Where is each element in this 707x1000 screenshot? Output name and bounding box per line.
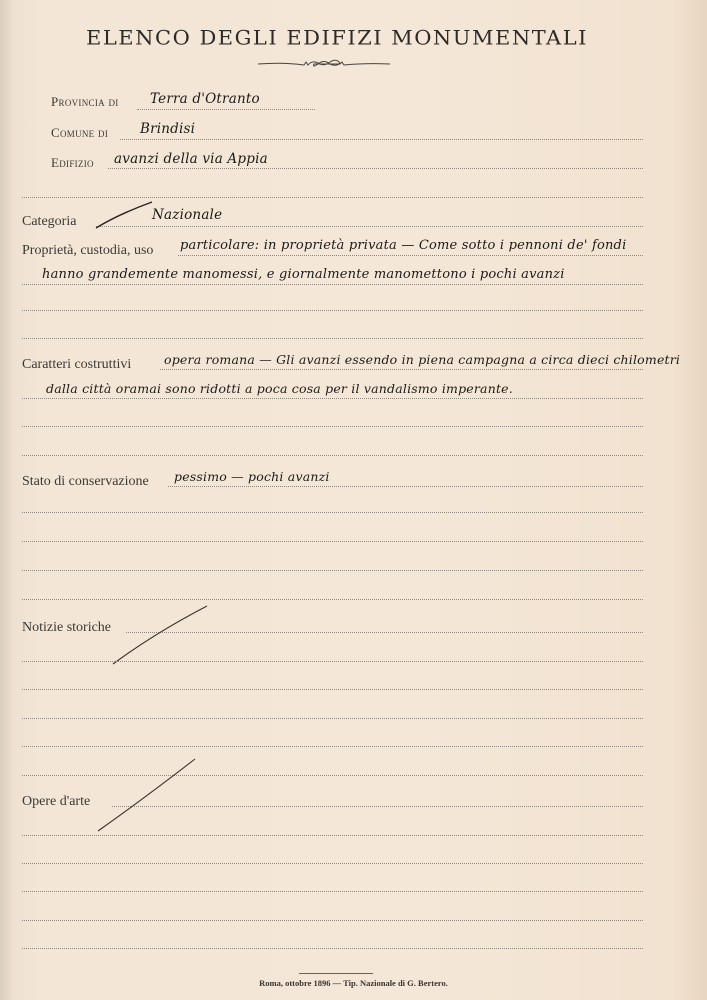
blank-line <box>22 570 643 571</box>
ornament-divider-icon <box>254 56 394 70</box>
blank-line <box>22 948 643 949</box>
proprieta-value-line-2[interactable]: hanno grandemente manomessi, e giornalme… <box>42 267 565 282</box>
blank-line <box>22 746 643 747</box>
provincia-label: Provincia di <box>51 94 119 110</box>
blank-line <box>22 455 643 456</box>
provincia-line <box>137 109 315 110</box>
proprieta-line-2 <box>22 284 643 285</box>
opere-label: Opere d'arte <box>22 794 90 810</box>
blank-line <box>22 891 643 892</box>
categoria-value[interactable]: Nazionale <box>152 207 222 223</box>
blank-line <box>22 599 643 600</box>
strikethrough-stroke-icon <box>110 603 210 667</box>
proprieta-line-1 <box>178 255 643 256</box>
stato-line <box>168 486 643 487</box>
blank-line <box>22 426 643 427</box>
blank-line <box>22 718 643 719</box>
document-title: ELENCO DEGLI EDIFIZI MONUMENTALI <box>22 27 652 49</box>
edifizio-line <box>108 168 643 169</box>
comune-line <box>120 139 643 140</box>
stato-label: Stato di conservazione <box>22 474 149 490</box>
caratteri-line-1 <box>160 369 643 370</box>
blank-line <box>22 310 643 311</box>
footer-divider <box>299 973 373 974</box>
blank-line <box>22 197 643 198</box>
blank-line <box>22 920 643 921</box>
blank-line <box>22 541 643 542</box>
comune-value[interactable]: Brindisi <box>140 121 195 137</box>
edifizio-label: Edifizio <box>51 155 94 171</box>
proprieta-value-line-1[interactable]: particolare: in proprietà privata — Come… <box>180 238 626 253</box>
blank-line <box>22 863 643 864</box>
comune-label: Comune di <box>51 125 108 141</box>
caratteri-value-line-2[interactable]: dalla città oramai sono ridotti a poca c… <box>46 381 513 396</box>
blank-line <box>22 661 643 662</box>
blank-line <box>22 512 643 513</box>
blank-line <box>22 338 643 339</box>
printer-footer: Roma, ottobre 1896 — Tip. Nazionale di G… <box>0 978 707 988</box>
provincia-value[interactable]: Terra d'Otranto <box>150 91 260 107</box>
stato-value[interactable]: pessimo — pochi avanzi <box>174 469 330 484</box>
edifizio-value[interactable]: avanzi della via Appia <box>114 151 268 167</box>
strikethrough-stroke-icon <box>94 200 154 230</box>
caratteri-value-line-1[interactable]: opera romana — Gli avanzi essendo in pie… <box>164 352 680 367</box>
blank-line <box>22 689 643 690</box>
strikethrough-stroke-icon <box>96 757 198 833</box>
blank-line <box>22 835 643 836</box>
proprieta-label: Proprietà, custodia, uso <box>22 243 153 259</box>
form-page: ELENCO DEGLI EDIFIZI MONUMENTALI Provinc… <box>0 0 707 1000</box>
caratteri-line-2 <box>22 398 643 399</box>
categoria-label: Categoria <box>22 214 76 230</box>
categoria-line <box>96 226 643 227</box>
notizie-label: Notizie storiche <box>22 620 111 636</box>
caratteri-label: Caratteri costruttivi <box>22 357 131 373</box>
